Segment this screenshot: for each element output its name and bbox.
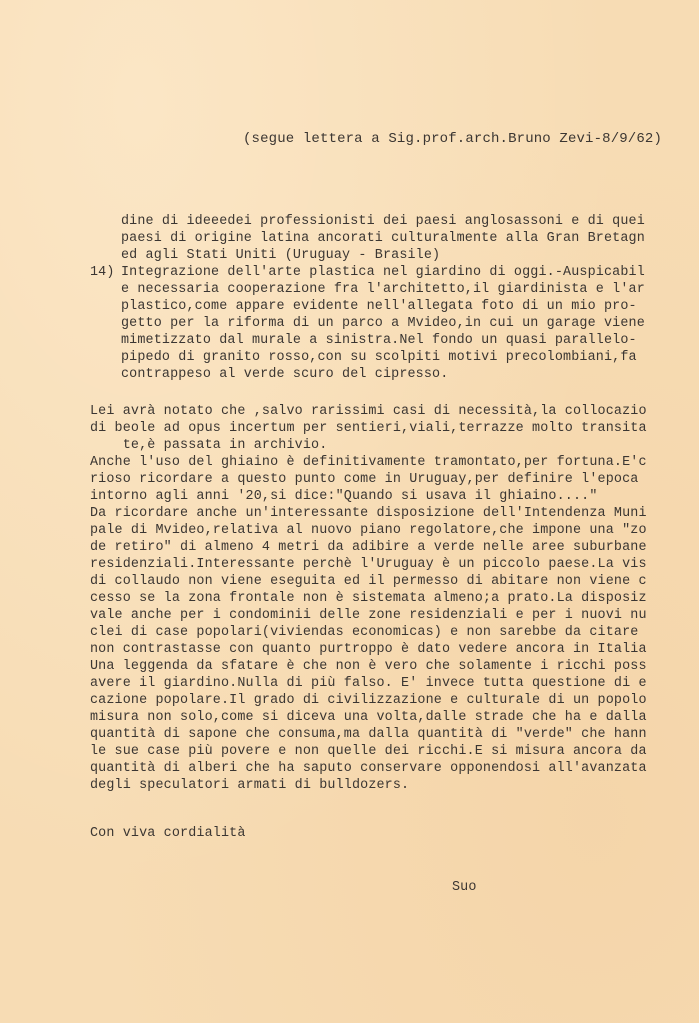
- text-line: te,è passata in archivio.: [90, 437, 327, 454]
- text-line: intorno agli anni '20,si dice:"Quando si…: [90, 488, 598, 505]
- text-line: misura non solo,come si diceva una volta…: [90, 709, 647, 726]
- text-line: vale anche per i condominii delle zone r…: [90, 607, 647, 624]
- text-line: le sue case più povere e non quelle dei …: [90, 743, 647, 760]
- text-line: getto per la riforma di un parco a Mvide…: [121, 315, 645, 332]
- text-line: dine di ideeedei professionisti dei paes…: [121, 213, 645, 230]
- text-line: residenziali.Interessante perchè l'Urugu…: [90, 556, 647, 573]
- text-line: mimetizzato dal murale a sinistra.Nel fo…: [121, 332, 637, 349]
- text-line: Da ricordare anche un'interessante dispo…: [90, 505, 647, 522]
- text-line: plastico,come appare evidente nell'alleg…: [121, 298, 637, 315]
- letter-header: (segue lettera a Sig.prof.arch.Bruno Zev…: [243, 131, 662, 148]
- text-line: avere il giardino.Nulla di più falso. E'…: [90, 675, 647, 692]
- text-line: e necessaria cooperazione fra l'architet…: [121, 281, 645, 298]
- text-line: quantità di alberi che ha saputo conserv…: [90, 760, 647, 777]
- text-line: di collaudo non viene eseguita ed il per…: [90, 573, 647, 590]
- text-line: Anche l'uso del ghiaino è definitivament…: [90, 454, 647, 471]
- text-line: non contrastasse con quanto purtroppo è …: [90, 641, 647, 658]
- signature-line: Suo: [452, 879, 477, 896]
- text-line: cesso se la zona frontale non è sistemat…: [90, 590, 647, 607]
- text-line: ed agli Stati Uniti (Uruguay - Brasile): [121, 247, 440, 264]
- text-line: di beole ad opus incertum per sentieri,v…: [90, 420, 647, 437]
- text-line: pale di Mvideo,relativa al nuovo piano r…: [90, 522, 647, 539]
- text-line: de retiro" di almeno 4 metri da adibire …: [90, 539, 647, 556]
- closing-salutation: Con viva cordialità: [90, 825, 246, 842]
- text-line: rioso ricordare a questo punto come in U…: [90, 471, 638, 488]
- text-line: Una leggenda da sfatare è che non è vero…: [90, 658, 647, 675]
- text-line: quantità di sapone che consuma,ma dalla …: [90, 726, 647, 743]
- typewritten-letter-page: (segue lettera a Sig.prof.arch.Bruno Zev…: [0, 0, 699, 1023]
- text-line: clei di case popolari(viviendas economic…: [90, 624, 638, 641]
- text-line: contrappeso al verde scuro del cipresso.: [121, 366, 448, 383]
- text-line: Integrazione dell'arte plastica nel giar…: [121, 264, 645, 281]
- text-line: Lei avrà notato che ,salvo rarissimi cas…: [90, 403, 647, 420]
- text-line: degli speculatori armati di bulldozers.: [90, 777, 409, 794]
- text-line: paesi di origine latina ancorati cultura…: [121, 230, 645, 247]
- text-line: pipedo di granito rosso,con su scolpiti …: [121, 349, 637, 366]
- text-line: cazione popolare.Il grado di civilizzazi…: [90, 692, 647, 709]
- item-number: 14): [90, 264, 115, 281]
